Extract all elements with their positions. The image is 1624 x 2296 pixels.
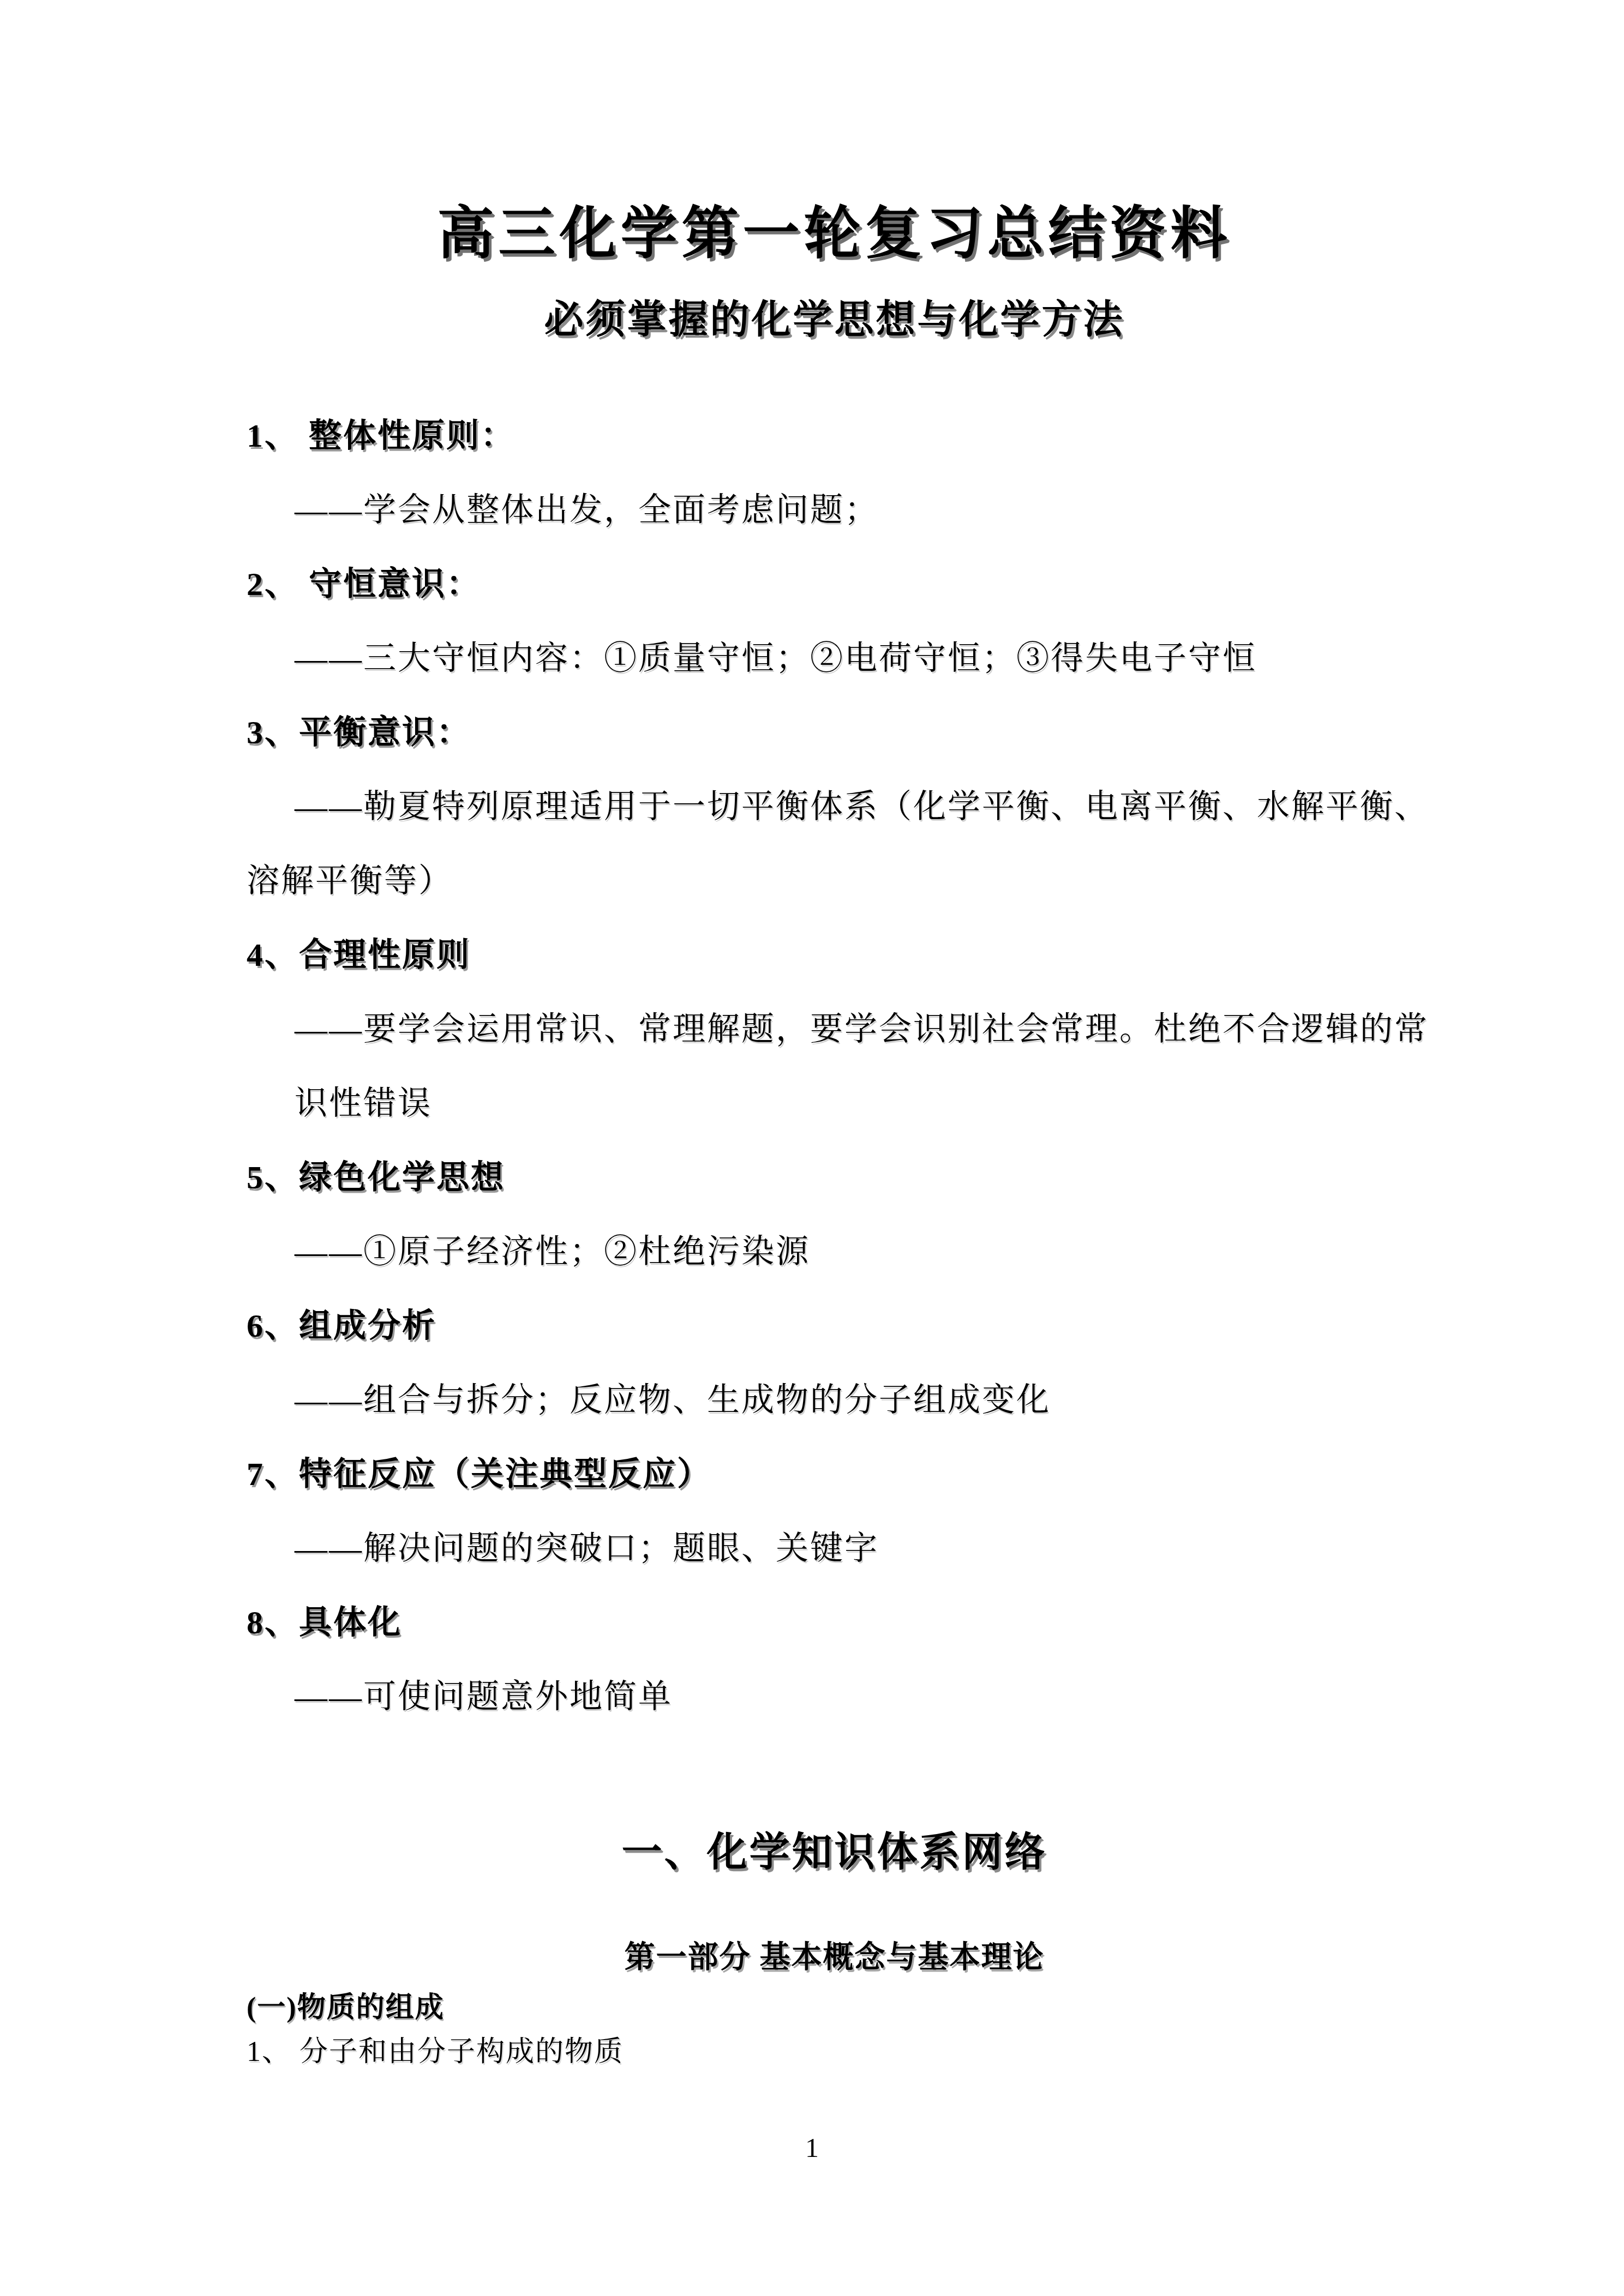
- principle-detail: ——可使问题意外地简单: [247, 1677, 1422, 1716]
- principle-detail: ——组合与拆分；反应物、生成物的分子组成变化: [247, 1380, 1422, 1420]
- document-title: 高三化学第一轮复习总结资料: [247, 201, 1422, 269]
- principle-heading: 6、组成分析: [247, 1306, 1422, 1345]
- principle-heading: 1、 整体性原则：: [247, 416, 1422, 455]
- document-content: 高三化学第一轮复习总结资料 必须掌握的化学思想与化学方法 1、 整体性原则：——…: [0, 201, 1624, 2069]
- page-number: 1: [0, 2131, 1624, 2164]
- principle-heading: 4、合理性原则: [247, 935, 1422, 975]
- section-title: 一、化学知识体系网络: [247, 1829, 1422, 1877]
- principle-detail: 识性错误: [247, 1084, 1422, 1123]
- principle-heading: 7、特征反应（关注典型反应）: [247, 1454, 1422, 1494]
- principle-detail: ——学会从整体出发，全面考虑问题；: [247, 490, 1422, 530]
- principle-detail: ——解决问题的突破口；题眼、关键字: [247, 1529, 1422, 1568]
- principles-list: 1、 整体性原则：——学会从整体出发，全面考虑问题；2、 守恒意识：——三大守恒…: [247, 416, 1422, 1716]
- principle-heading: 8、具体化: [247, 1603, 1422, 1642]
- part-title: 第一部分 基本概念与基本理论: [247, 1939, 1422, 1976]
- principle-detail: ——勒夏特列原理适用于一切平衡体系（化学平衡、电离平衡、水解平衡、: [247, 787, 1422, 826]
- principle-heading: 5、绿色化学思想: [247, 1158, 1422, 1197]
- principle-detail: ——三大守恒内容：①质量守恒；②电荷守恒；③得失电子守恒: [247, 639, 1422, 678]
- document-subtitle: 必须掌握的化学思想与化学方法: [247, 296, 1422, 343]
- subsection-heading: (一)物质的组成: [247, 1991, 1422, 2025]
- principle-detail: ——要学会运用常识、常理解题，要学会识别社会常理。杜绝不合逻辑的常: [247, 1009, 1422, 1049]
- principle-detail: 溶解平衡等）: [247, 861, 1422, 900]
- principle-detail: ——①原子经济性；②杜绝污染源: [247, 1232, 1422, 1271]
- outline-list-item: 1、 分子和由分子构成的物质: [247, 2035, 1422, 2069]
- principle-heading: 2、 守恒意识：: [247, 564, 1422, 604]
- document-page: 高三化学第一轮复习总结资料 必须掌握的化学思想与化学方法 1、 整体性原则：——…: [0, 0, 1624, 2296]
- principle-heading: 3、平衡意识：: [247, 713, 1422, 752]
